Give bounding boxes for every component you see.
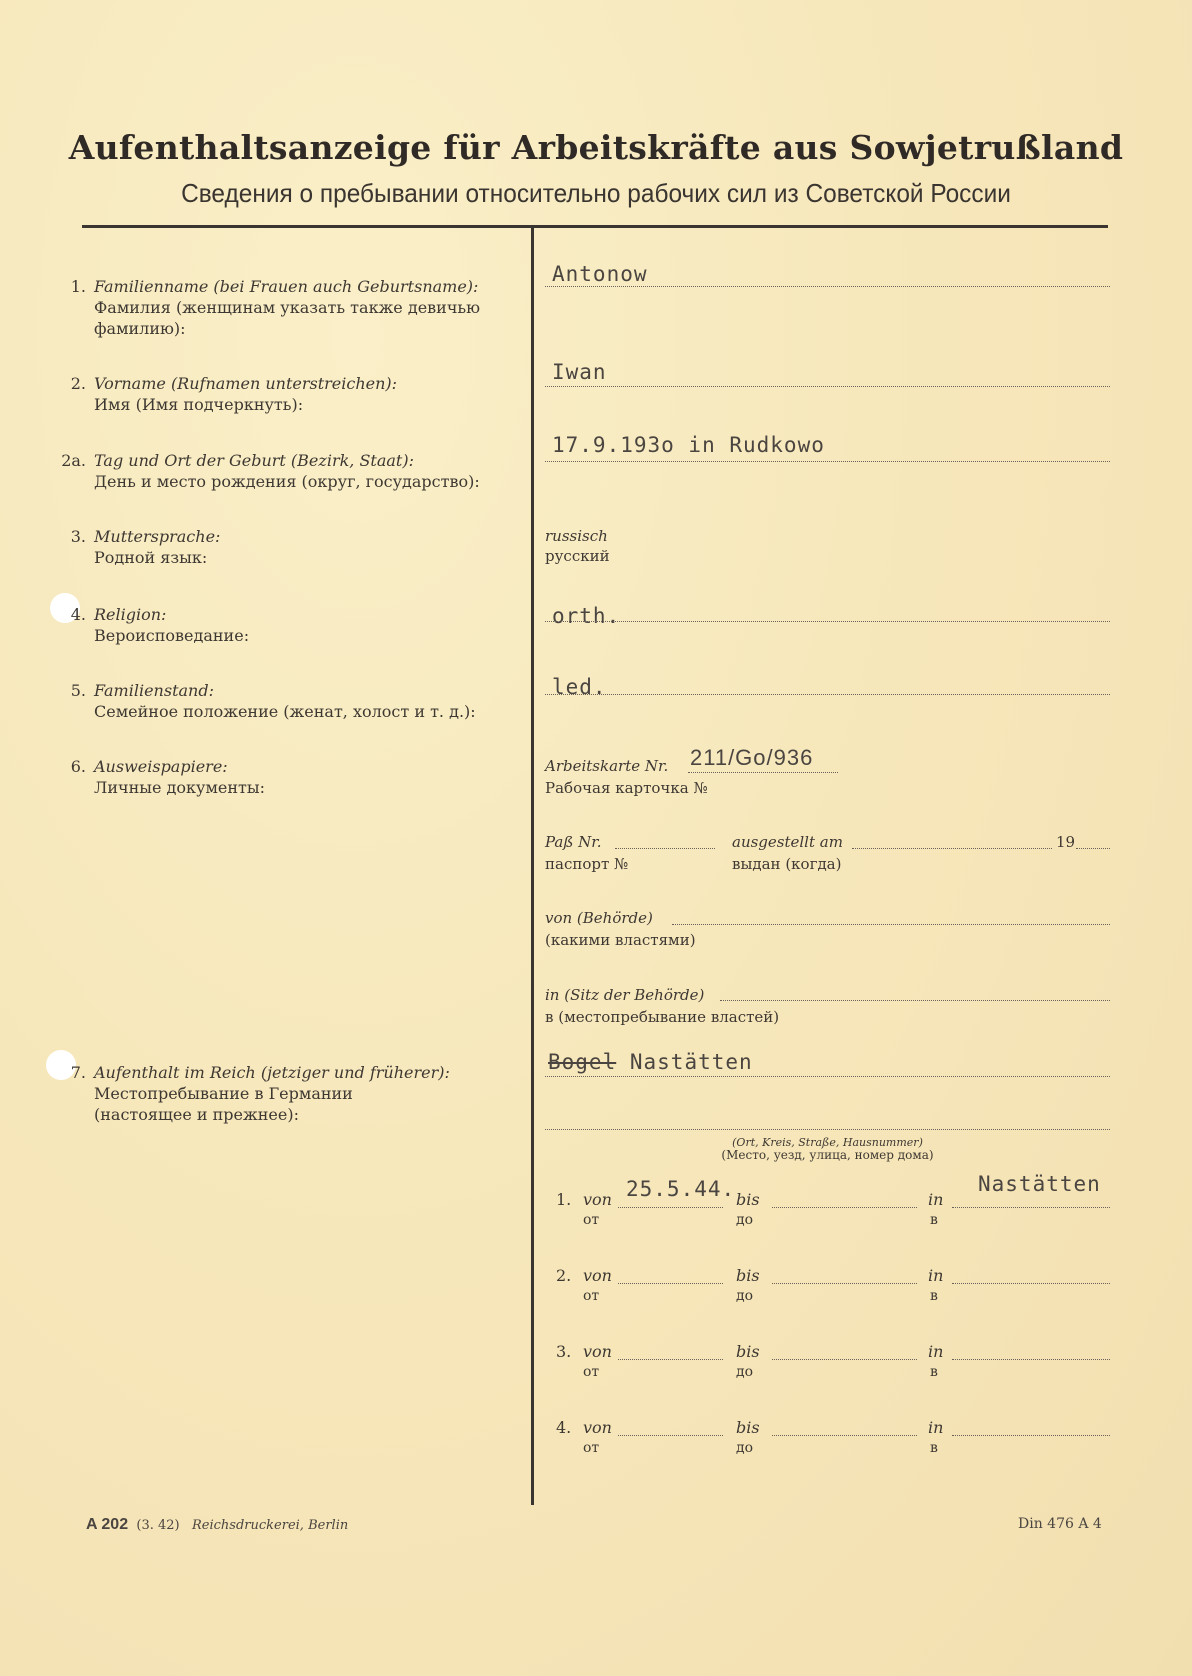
in-line — [952, 1283, 1110, 1284]
field-surname-label: 1.Familienname (bei Frauen auch Geburtsn… — [52, 276, 522, 339]
from-label: von — [583, 1190, 612, 1209]
residence-value[interactable]: Bogel Nastätten — [548, 1050, 753, 1074]
passport-line — [615, 848, 715, 849]
until-label: bis — [736, 1266, 760, 1285]
birth-line — [545, 461, 1110, 462]
until-label: bis — [736, 1190, 760, 1209]
year-prefix: 19 — [1056, 832, 1075, 852]
from-label: von — [583, 1266, 612, 1285]
religion-value[interactable]: orth. — [552, 604, 620, 628]
in-line — [952, 1207, 1110, 1208]
form-number-footer: A 202 (3. 42) Reichsdruckerei, Berlin — [86, 1516, 348, 1534]
residence-line-2 — [545, 1129, 1110, 1130]
year-line — [1076, 848, 1110, 849]
work-card-value[interactable]: 211/Go/936 — [690, 745, 813, 771]
in-label-ru: в — [930, 1212, 938, 1228]
until-label-ru: до — [736, 1288, 753, 1304]
until-label: bis — [736, 1342, 760, 1361]
from-label: von — [583, 1418, 612, 1437]
until-line — [772, 1359, 917, 1360]
residence-row-number: 4. — [556, 1418, 571, 1437]
from-label: von — [583, 1342, 612, 1361]
field-documents-label: 6.Ausweispapiere: Личные документы: — [52, 756, 522, 798]
field-firstname-label: 2.Vorname (Rufnamen unterstreichen): Имя… — [52, 373, 522, 415]
surname-value[interactable]: Antonow — [552, 262, 648, 286]
from-line — [618, 1283, 723, 1284]
authority-seat-line — [720, 1000, 1110, 1001]
from-line — [618, 1207, 723, 1208]
in-label: in — [928, 1418, 943, 1437]
work-card-line — [688, 772, 838, 773]
firstname-line — [545, 386, 1110, 387]
until-line — [772, 1207, 917, 1208]
field-language-label: 3.Muttersprache: Родной язык: — [52, 526, 522, 568]
in-line — [952, 1359, 1110, 1360]
residence-caption: (Ort, Kreis, Straße, Hausnummer) (Место,… — [545, 1136, 1110, 1162]
religion-line — [545, 621, 1110, 622]
in-label: in — [928, 1266, 943, 1285]
authority-seat-label-ru: в (местопребывание властей) — [545, 1007, 779, 1027]
in-value[interactable]: Nastätten — [978, 1172, 1101, 1196]
from-label-ru: от — [583, 1364, 599, 1380]
work-card-label: Arbeitskarte Nr. — [545, 756, 668, 776]
issued-label: ausgestellt am — [732, 832, 843, 852]
authority-label-ru: (какими властями) — [545, 930, 696, 950]
language-value: russisch русский — [545, 526, 610, 566]
authority-label: von (Behörde) — [545, 908, 653, 928]
birth-value[interactable]: 17.9.193o in Rudkowo — [552, 433, 825, 457]
surname-line — [545, 286, 1110, 287]
until-label-ru: до — [736, 1364, 753, 1380]
from-value[interactable]: 25.5.44. — [626, 1177, 735, 1201]
field-marital-label: 5.Familienstand: Семейное положение (жен… — [52, 680, 532, 722]
from-line — [618, 1359, 723, 1360]
in-line — [952, 1435, 1110, 1436]
column-divider — [531, 227, 534, 1505]
from-label-ru: от — [583, 1288, 599, 1304]
marital-value[interactable]: led. — [552, 675, 607, 699]
from-line — [618, 1435, 723, 1436]
residence-row-number: 2. — [556, 1266, 571, 1285]
in-label: in — [928, 1190, 943, 1209]
passport-label-ru: паспорт № — [545, 854, 628, 874]
form-title-russian: Сведения о пребывании относительно рабоч… — [36, 178, 1156, 209]
until-line — [772, 1435, 917, 1436]
until-line — [772, 1283, 917, 1284]
work-card-label-ru: Рабочая карточка № — [545, 778, 708, 798]
in-label-ru: в — [930, 1364, 938, 1380]
issued-line — [852, 848, 1052, 849]
residence-line-1 — [545, 1076, 1110, 1077]
authority-seat-label: in (Sitz der Behörde) — [545, 985, 704, 1005]
field-birth-label: 2a.Tag und Ort der Geburt (Bezirk, Staat… — [52, 450, 532, 492]
header-divider — [82, 225, 1108, 228]
until-label-ru: до — [736, 1440, 753, 1456]
paper-size-footer: Din 476 A 4 — [1018, 1516, 1102, 1532]
issued-label-ru: выдан (когда) — [732, 854, 841, 874]
residence-row-number: 1. — [556, 1190, 571, 1209]
field-religion-label: 4.Religion: Вероисповедание: — [52, 604, 522, 646]
in-label-ru: в — [930, 1440, 938, 1456]
authority-line — [672, 924, 1110, 925]
form-title-german: Aufenthaltsanzeige für Arbeitskräfte aus… — [0, 128, 1192, 167]
firstname-value[interactable]: Iwan — [552, 360, 607, 384]
marital-line — [545, 694, 1110, 695]
in-label: in — [928, 1342, 943, 1361]
until-label: bis — [736, 1418, 760, 1437]
residence-row-number: 3. — [556, 1342, 571, 1361]
passport-label: Paß Nr. — [545, 832, 602, 852]
from-label-ru: от — [583, 1440, 599, 1456]
field-residence-label: 7.Aufenthalt im Reich (jetziger und früh… — [52, 1062, 532, 1125]
from-label-ru: от — [583, 1212, 599, 1228]
in-label-ru: в — [930, 1288, 938, 1304]
until-label-ru: до — [736, 1212, 753, 1228]
